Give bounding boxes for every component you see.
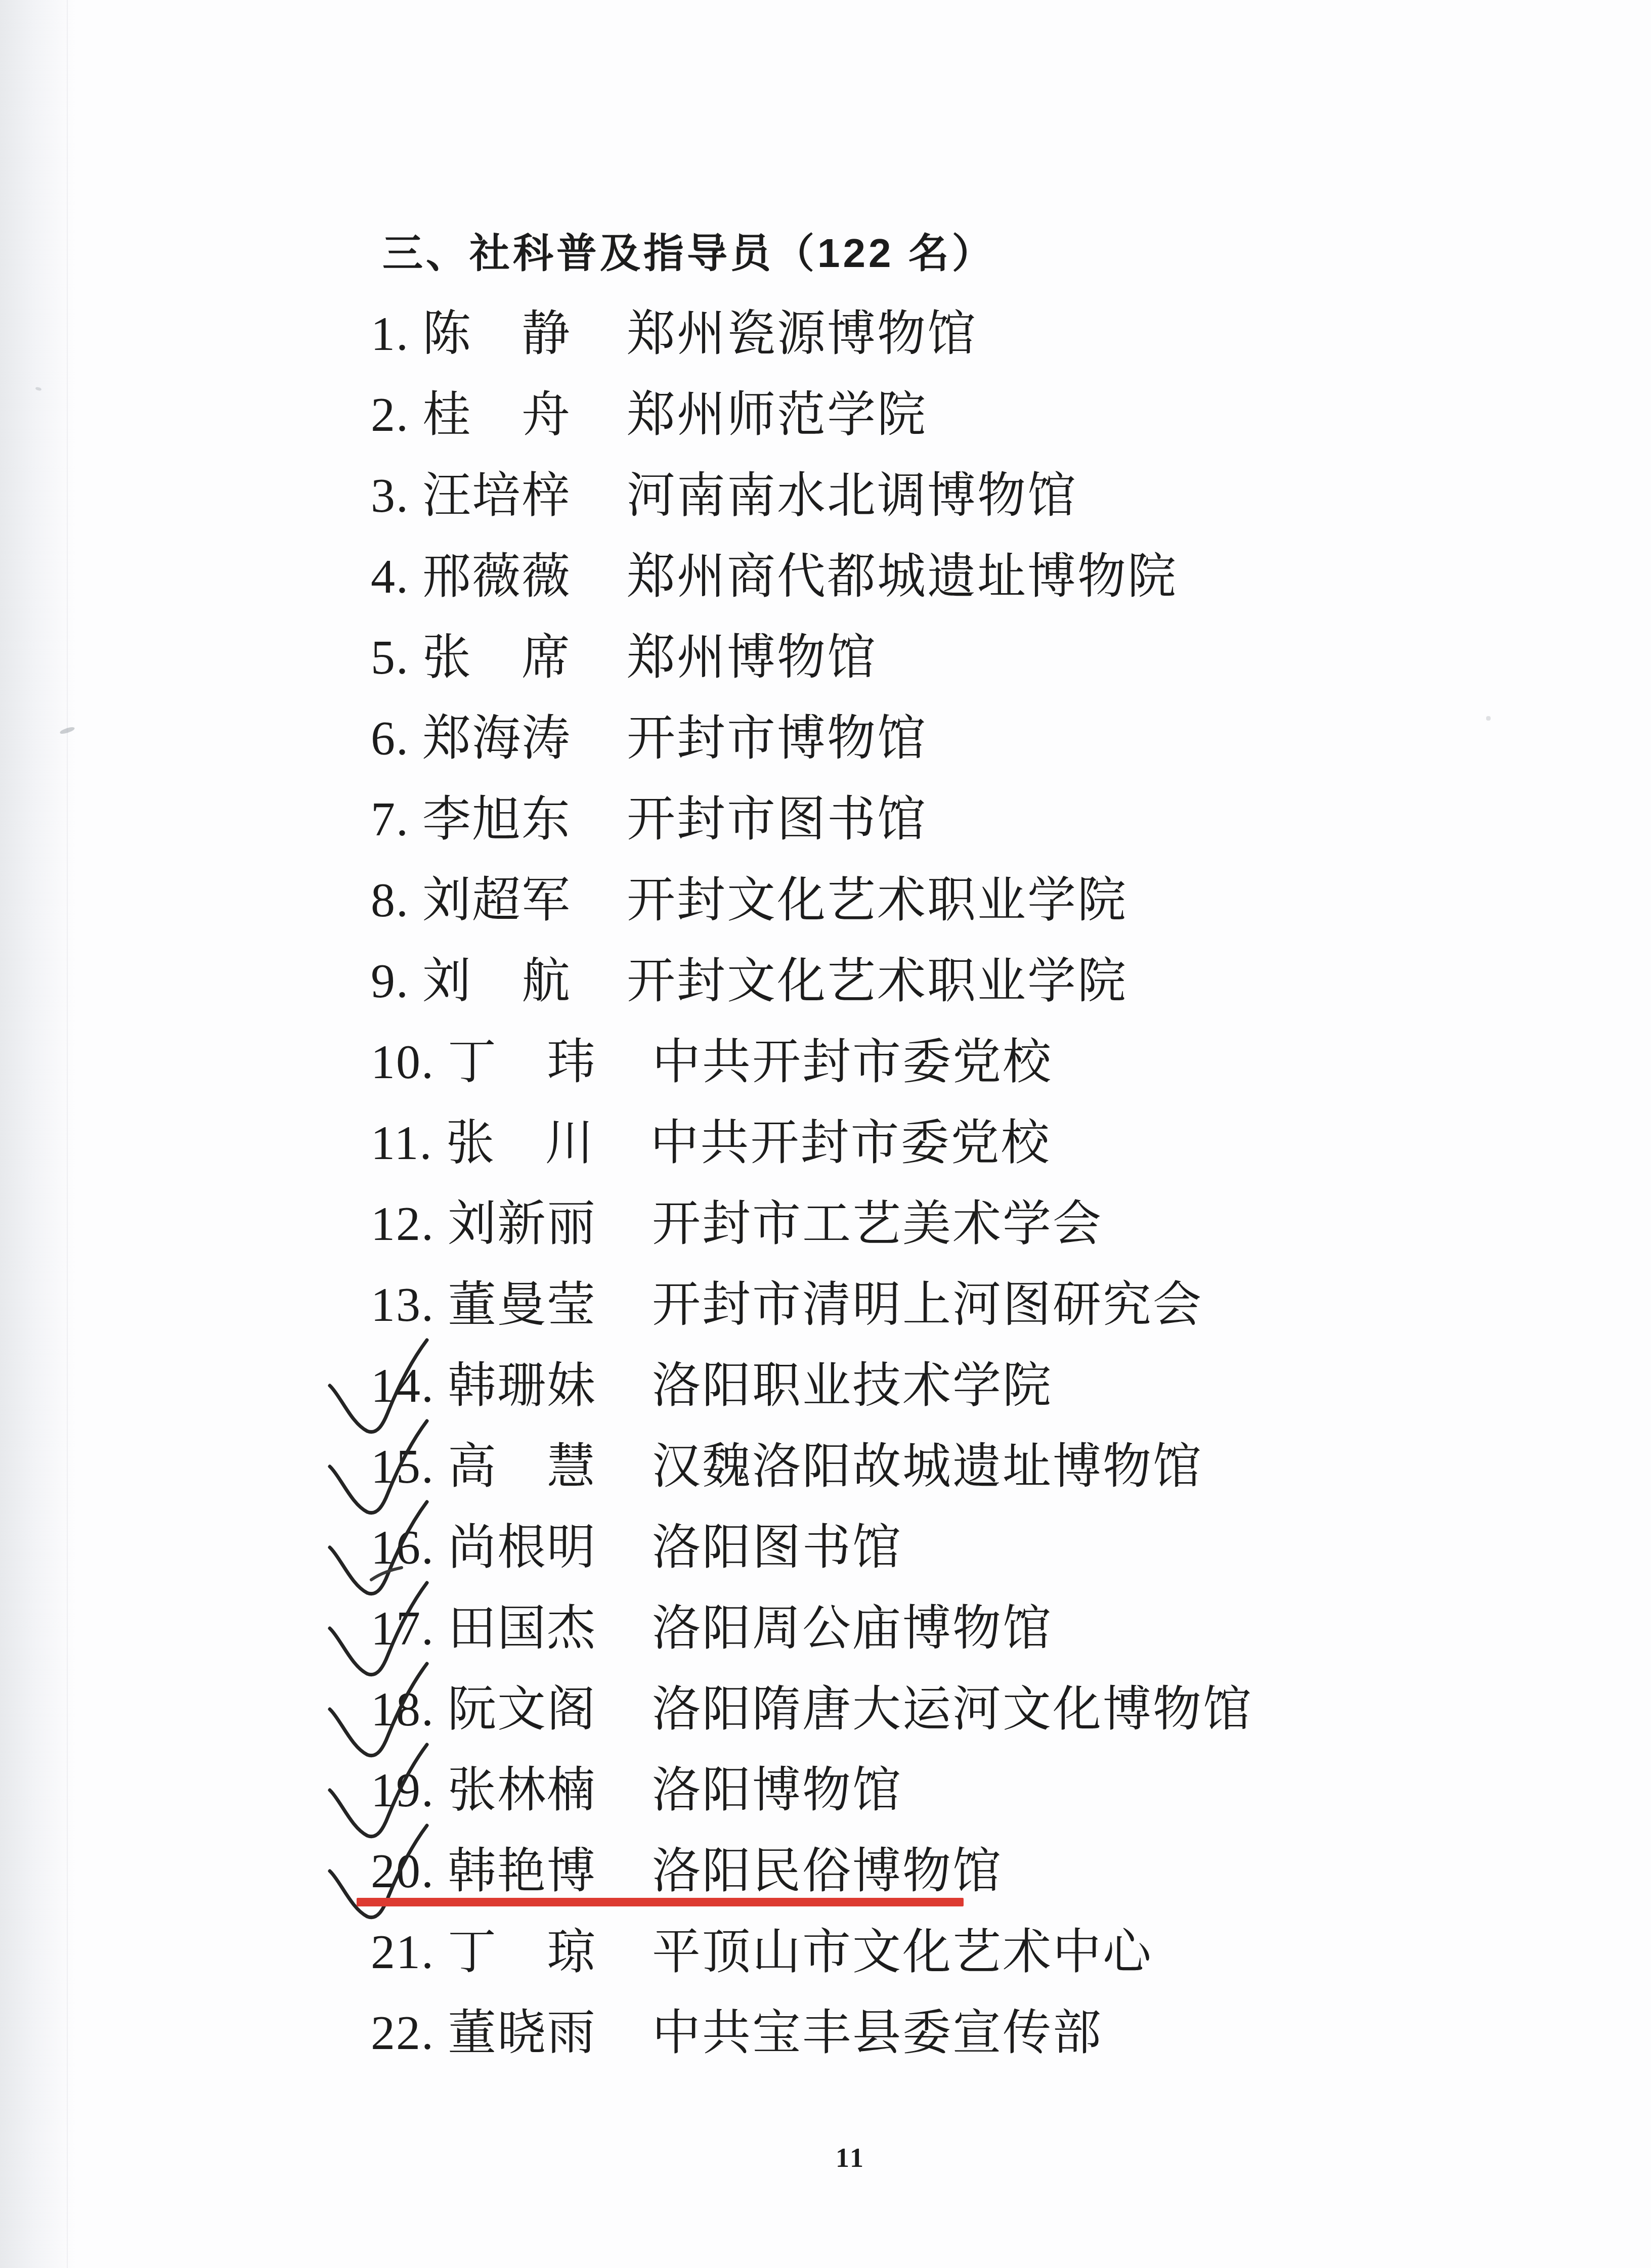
item-organization: 开封市博物馆 <box>627 711 927 765</box>
item-name: 丁玮 <box>448 1021 595 1102</box>
item-name-char: 妹 <box>547 1345 595 1426</box>
item-organization: 洛阳博物馆 <box>652 1763 902 1817</box>
item-number: 11. <box>371 1102 432 1183</box>
item-name-char: 田 <box>448 1588 496 1669</box>
item-name-char: 梓 <box>522 455 570 536</box>
item-number: 5. <box>371 617 409 698</box>
item-number: 8. <box>371 860 409 941</box>
item-organization: 洛阳图书馆 <box>652 1520 902 1574</box>
roster-item-13: 13.董曼莹开封市清明上河图研究会 <box>371 1264 1203 1345</box>
item-name-char: 董 <box>448 1992 496 2073</box>
item-name-char: 文 <box>497 1669 546 1750</box>
item-name: 尚根明 <box>448 1507 595 1588</box>
item-name-char: 培 <box>472 455 520 536</box>
item-organization: 汉魏洛阳故城遗址博物馆 <box>652 1439 1203 1493</box>
item-name-char: 丽 <box>547 1183 595 1264</box>
roster-item-15: 15.高慧汉魏洛阳故城遗址博物馆 <box>371 1426 1203 1507</box>
item-name-char: 新 <box>497 1183 546 1264</box>
item-organization: 开封市工艺美术学会 <box>652 1196 1103 1251</box>
item-number: 22. <box>371 1992 435 2073</box>
item-organization: 开封文化艺术职业学院 <box>627 873 1127 927</box>
item-organization: 开封市图书馆 <box>627 792 927 846</box>
item-name-char: 国 <box>497 1588 546 1669</box>
item-name-char: 静 <box>522 293 570 374</box>
item-name: 韩珊妹 <box>448 1345 595 1426</box>
item-name-char: 席 <box>522 617 570 698</box>
item-number: 14. <box>371 1345 435 1426</box>
roster-item-17: 17.田国杰洛阳周公庙博物馆 <box>371 1588 1053 1669</box>
item-number: 18. <box>371 1669 435 1750</box>
item-organization: 河南南水北调博物馆 <box>627 468 1077 522</box>
item-organization: 郑州商代都城遗址博物院 <box>627 549 1178 603</box>
roster-item-3: 3.汪培梓河南南水北调博物馆 <box>371 455 1077 536</box>
item-name-char: 林 <box>497 1750 546 1831</box>
item-organization: 中共开封市委党校 <box>652 1035 1053 1089</box>
item-organization: 中共开封市委党校 <box>650 1116 1051 1170</box>
item-name-char: 桂 <box>422 374 471 455</box>
item-name: 田国杰 <box>448 1588 595 1669</box>
item-name-char: 莹 <box>547 1264 595 1345</box>
item-number: 19. <box>371 1750 435 1831</box>
item-name-char: 杰 <box>547 1588 595 1669</box>
item-name-char: 丁 <box>448 1021 496 1102</box>
item-name: 丁琼 <box>448 1911 595 1992</box>
item-name-char: 阮 <box>448 1669 496 1750</box>
item-name-char: 刘 <box>448 1183 496 1264</box>
roster-item-7: 7.李旭东开封市图书馆 <box>371 779 927 860</box>
item-name-char: 陈 <box>422 293 471 374</box>
item-name-char: 张 <box>448 1750 496 1831</box>
item-name-char: 汪 <box>422 455 471 536</box>
item-name-char: 董 <box>448 1264 496 1345</box>
item-name: 阮文阁 <box>448 1669 595 1750</box>
item-name-char: 琼 <box>547 1911 595 1992</box>
item-number: 2. <box>371 374 409 455</box>
roster-item-10: 10.丁玮中共开封市委党校 <box>371 1021 1053 1102</box>
item-name: 董晓雨 <box>448 1992 595 2073</box>
item-organization: 郑州瓷源博物馆 <box>627 306 977 361</box>
item-name-char: 慧 <box>547 1426 595 1507</box>
item-name: 郑海涛 <box>422 698 570 779</box>
item-number: 16. <box>371 1507 435 1588</box>
roster-item-11: 11.张川中共开封市委党校 <box>371 1102 1051 1183</box>
item-name-char: 刘 <box>422 941 471 1021</box>
item-name-char: 刘 <box>422 860 471 941</box>
roster-item-19: 19.张林楠洛阳博物馆 <box>371 1750 902 1831</box>
item-name-char: 阁 <box>547 1669 595 1750</box>
document-page: 三、社科普及指导员（122 名） 1.陈静郑州瓷源博物馆 2.桂舟郑州师范学院 … <box>0 0 1651 2268</box>
item-name-char: 薇 <box>522 536 570 617</box>
item-organization: 郑州师范学院 <box>627 387 927 441</box>
item-organization: 洛阳职业技术学院 <box>652 1358 1053 1412</box>
roster-item-5: 5.张席郑州博物馆 <box>371 617 877 698</box>
item-name-char: 曼 <box>497 1264 546 1345</box>
item-name-char: 晓 <box>497 1992 546 2073</box>
item-name-char: 川 <box>545 1102 593 1183</box>
item-number: 21. <box>371 1911 435 1992</box>
item-number: 13. <box>371 1264 435 1345</box>
roster-item-4: 4.邢薇薇郑州商代都城遗址博物院 <box>371 536 1178 617</box>
roster-item-20: 20.韩艳博洛阳民俗博物馆 <box>371 1831 1003 1911</box>
item-number: 6. <box>371 698 409 779</box>
roster-item-1: 1.陈静郑州瓷源博物馆 <box>371 293 977 374</box>
item-name-char: 雨 <box>547 1992 595 2073</box>
item-organization: 开封文化艺术职业学院 <box>627 954 1127 1008</box>
item-name-char: 珊 <box>497 1345 546 1426</box>
item-number: 10. <box>371 1021 435 1102</box>
item-name-char: 韩 <box>448 1345 496 1426</box>
item-name: 刘新丽 <box>448 1183 595 1264</box>
roster-item-18: 18.阮文阁洛阳隋唐大运河文化博物馆 <box>371 1669 1253 1750</box>
item-name: 张川 <box>446 1102 593 1183</box>
item-name-char: 张 <box>446 1102 494 1183</box>
item-number: 15. <box>371 1426 435 1507</box>
item-name-char: 郑 <box>422 698 471 779</box>
highlight-underline <box>357 1898 964 1906</box>
item-organization: 郑州博物馆 <box>627 630 877 684</box>
item-name: 李旭东 <box>422 779 570 860</box>
roster-item-21: 21.丁琼平顶山市文化艺术中心 <box>371 1911 1153 1992</box>
item-number: 12. <box>371 1183 435 1264</box>
item-name-char: 丁 <box>448 1911 496 1992</box>
item-name-char: 高 <box>448 1426 496 1507</box>
item-name-char: 军 <box>522 860 570 941</box>
item-name: 刘航 <box>422 941 570 1021</box>
item-number: 4. <box>371 536 409 617</box>
roster-item-22: 22.董晓雨中共宝丰县委宣传部 <box>371 1992 1103 2073</box>
item-name-char: 海 <box>472 698 520 779</box>
roster-item-16: 16.尚根明洛阳图书馆 <box>371 1507 902 1588</box>
item-name-char: 舟 <box>522 374 570 455</box>
item-name: 张林楠 <box>448 1750 595 1831</box>
item-name: 陈静 <box>422 293 570 374</box>
item-name-char: 李 <box>422 779 471 860</box>
item-name: 汪培梓 <box>422 455 570 536</box>
item-name: 张席 <box>422 617 570 698</box>
roster-item-8: 8.刘超军开封文化艺术职业学院 <box>371 860 1127 941</box>
item-organization: 开封市清明上河图研究会 <box>652 1277 1203 1331</box>
item-name-char: 楠 <box>547 1750 595 1831</box>
item-number: 1. <box>371 293 409 374</box>
item-organization: 洛阳民俗博物馆 <box>652 1844 1003 1898</box>
item-name-char: 明 <box>547 1507 595 1588</box>
item-name-char: 东 <box>522 779 570 860</box>
roster-item-12: 12.刘新丽开封市工艺美术学会 <box>371 1183 1103 1264</box>
item-organization: 中共宝丰县委宣传部 <box>652 2006 1103 2060</box>
page-number: 11 <box>836 2142 865 2173</box>
roster-item-6: 6.郑海涛开封市博物馆 <box>371 698 927 779</box>
item-name: 桂舟 <box>422 374 570 455</box>
item-name-char: 根 <box>497 1507 546 1588</box>
item-name-char: 航 <box>522 941 570 1021</box>
item-name: 董曼莹 <box>448 1264 595 1345</box>
item-number: 9. <box>371 941 409 1021</box>
item-name-char: 玮 <box>547 1021 595 1102</box>
item-name-char: 张 <box>422 617 471 698</box>
item-name-char: 涛 <box>522 698 570 779</box>
item-name-char: 尚 <box>448 1507 496 1588</box>
item-organization: 洛阳隋唐大运河文化博物馆 <box>652 1682 1253 1736</box>
item-number: 17. <box>371 1588 435 1669</box>
item-name-char: 薇 <box>472 536 520 617</box>
roster-item-2: 2.桂舟郑州师范学院 <box>371 374 927 455</box>
item-name-char: 旭 <box>472 779 520 860</box>
item-number: 3. <box>371 455 409 536</box>
roster-item-9: 9.刘航开封文化艺术职业学院 <box>371 941 1127 1021</box>
item-name-char: 超 <box>472 860 520 941</box>
roster-list: 1.陈静郑州瓷源博物馆 2.桂舟郑州师范学院 3.汪培梓河南南水北调博物馆 4.… <box>0 0 1651 2268</box>
item-organization: 平顶山市文化艺术中心 <box>652 1925 1153 1979</box>
roster-item-14: 14.韩珊妹洛阳职业技术学院 <box>371 1345 1053 1426</box>
item-organization: 洛阳周公庙博物馆 <box>652 1601 1053 1655</box>
item-name: 高慧 <box>448 1426 595 1507</box>
item-name-char: 邢 <box>422 536 471 617</box>
item-name: 邢薇薇 <box>422 536 570 617</box>
item-name: 刘超军 <box>422 860 570 941</box>
item-number: 7. <box>371 779 409 860</box>
